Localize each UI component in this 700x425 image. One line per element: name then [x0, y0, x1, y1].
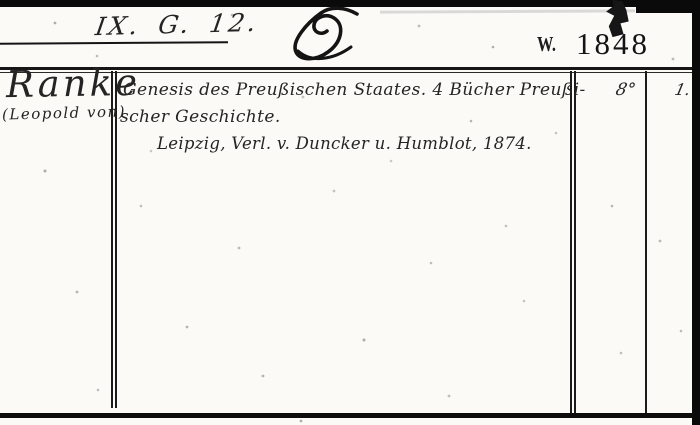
entry-title-line-2: scher Geschichte. [120, 107, 281, 127]
author-given-name: (Leopold von) [2, 102, 126, 123]
shelfmark-underline [0, 41, 228, 45]
scan-streak [380, 9, 635, 13]
scan-top-right-edge [636, 0, 700, 13]
entry-imprint: Leipzig, Verl. v. Duncker u. Humblot, 18… [157, 134, 532, 153]
scan-noise [0, 0, 2, 2]
section-letter-d: D [281, 5, 361, 65]
format-value: 8° [614, 80, 638, 100]
ornate-d-icon [281, 5, 361, 65]
bottom-rule [0, 413, 694, 418]
author-surname: Ranke [6, 61, 141, 106]
catalog-card: IX. G. 12. D W. 1848 Ranke (Leopold von)… [0, 0, 700, 425]
copies-value: 1. [673, 80, 692, 99]
entry-title-line-1: Genesis des Preußischen Staates. 4 Büche… [123, 80, 586, 100]
format-column-rule [570, 71, 576, 414]
copies-column-rule [645, 71, 647, 414]
scan-right-edge [692, 0, 700, 425]
shelfmark: IX. G. 12. [93, 8, 260, 41]
stamp-letter: W. [537, 32, 556, 57]
name-column-rule [111, 71, 117, 408]
